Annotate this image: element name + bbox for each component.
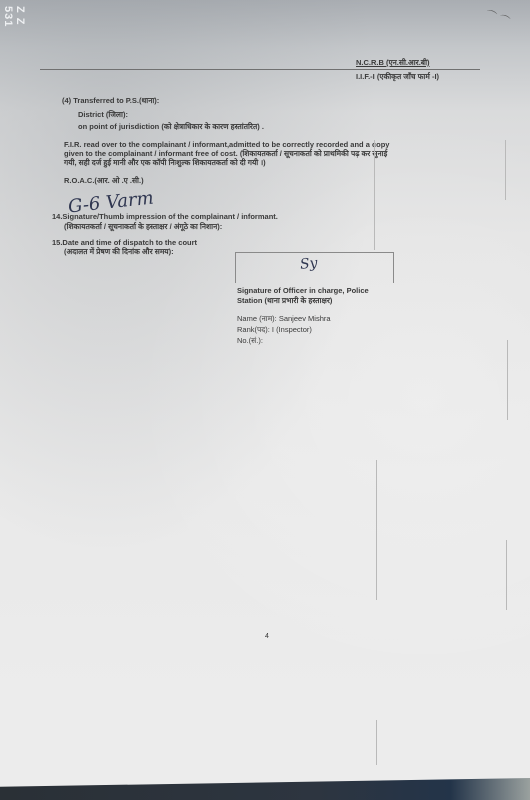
fold-line bbox=[506, 540, 507, 610]
table-surface-edge bbox=[0, 778, 530, 800]
fold-line bbox=[505, 140, 506, 200]
item-14-hindi: (शिकायतकर्ता / सूचनाकर्ता के हस्ताक्षर /… bbox=[64, 222, 222, 231]
iif-heading: I.I.F.-I (एकीकृत जाँच फार्म -I) bbox=[356, 72, 439, 81]
fir-read-line-2: given to the complainant / informant fre… bbox=[64, 149, 387, 158]
jurisdiction-label: on point of jurisdiction (को क्षेत्राधिक… bbox=[78, 122, 264, 131]
district-label: District (जिला): bbox=[78, 110, 128, 119]
header-rule bbox=[40, 69, 480, 70]
officer-rank: Rank(पद): I (Inspector) bbox=[237, 325, 312, 334]
roac-label: R.O.A.C.(आर. ओ .ए .सी.) bbox=[64, 176, 144, 185]
ncrb-heading: N.C.R.B (एन.सी.आर.बी) bbox=[356, 58, 430, 67]
officer-signature: Sy bbox=[299, 255, 318, 273]
document-page: 531 Z Z ⌒ ⌒ N.C.R.B (एन.सी.आर.बी) I.I.F.… bbox=[0, 0, 530, 800]
corner-stamp-letters: Z Z bbox=[14, 2, 26, 26]
fold-line bbox=[374, 140, 375, 250]
fir-read-line-1: F.I.R. read over to the complainant / in… bbox=[64, 140, 389, 149]
corner-ink-marks: ⌒ ⌒ bbox=[483, 6, 512, 30]
officer-name: Name (नाम): Sanjeev Mishra bbox=[237, 314, 331, 323]
corner-stamp: 531 bbox=[2, 2, 14, 27]
fold-line bbox=[507, 340, 508, 420]
item-14-label: 14.Signature/Thumb impression of the com… bbox=[52, 212, 278, 221]
officer-title-line-2: Station (थाना प्रभारी के हस्ताक्षर) bbox=[237, 296, 332, 305]
fold-line bbox=[376, 720, 377, 765]
officer-title-line-1: Signature of Officer in charge, Police bbox=[237, 286, 369, 295]
fir-read-line-3: गयी, सही दर्ज हुई मानी और एक कॉपी निःशुल… bbox=[64, 158, 266, 167]
page-number: 4 bbox=[265, 633, 269, 640]
officer-number: No.(सं.): bbox=[237, 336, 263, 345]
item-15-label: 15.Date and time of dispatch to the cour… bbox=[52, 238, 197, 247]
fold-line bbox=[376, 460, 377, 600]
item-15-hindi: (अदालत में प्रेषण की दिनांक और समय): bbox=[64, 247, 174, 256]
transferred-to-ps-label: (4) Transferred to P.S.(थाना): bbox=[62, 96, 159, 105]
